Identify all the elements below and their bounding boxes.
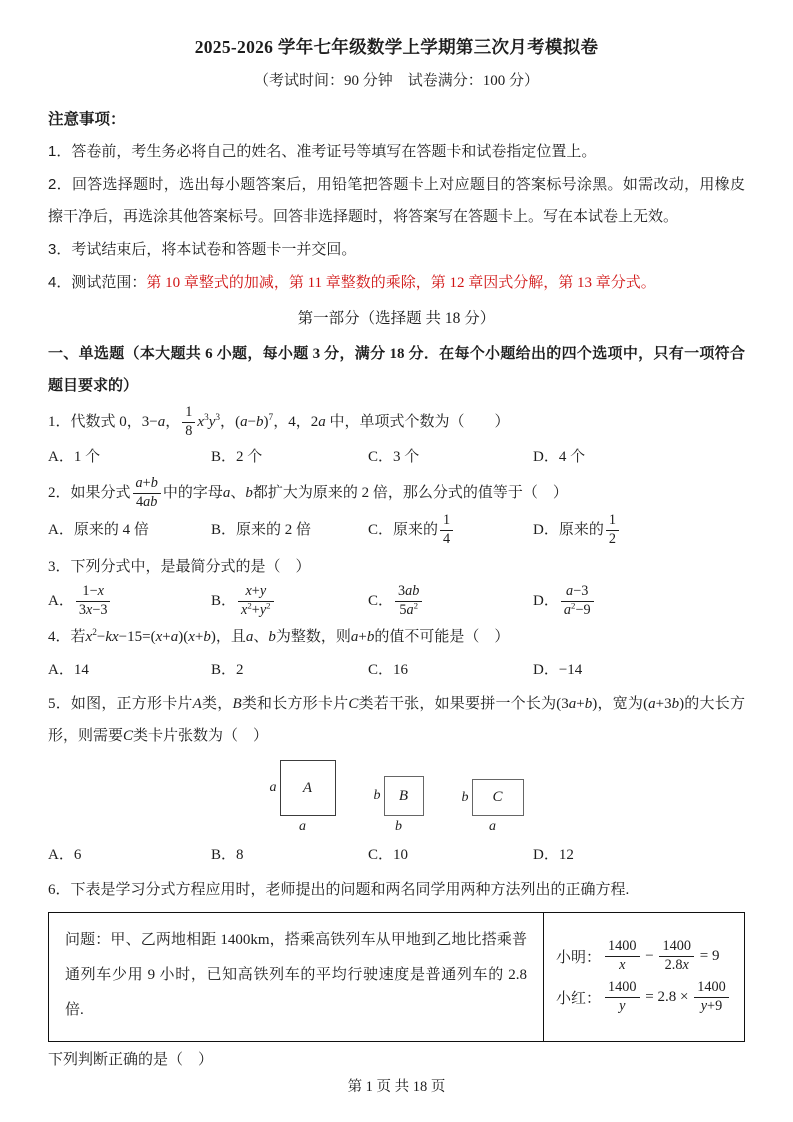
question-3-option-a: A．1−x3x−3 [48,583,211,620]
question-1-option-a: A．1 个 [48,441,211,473]
question-6-table: 问题：甲、乙两地相距 1400km，搭乘高铁列车从甲地到乙地比搭乘普通列车少用 … [48,912,745,1042]
card-a-box: A [280,760,336,816]
question-5: 5．如图，正方形卡片A类，B类和长方形卡片C类若干张，如果要拼一个长为(3a+b… [48,688,745,872]
question-3-options: A．1−x3x−3 B．x+yx2+y2 C．3ab5a2 D．a−3a2−9 [48,583,745,620]
method-name-xiaohong: 小红： [556,987,601,1008]
question-4-stem: 4．若x2−kx−15=(x+a)(x+b)，且a、b为整数，则a+b的值不可能… [48,621,745,653]
question-6: 6．下表是学习分式方程应用时，老师提出的问题和两名同学用两种方法列出的正确方程.… [48,874,745,1076]
notice-item-4-prefix: 4．测试范围： [48,274,146,291]
question-6-after-table: 下列判断正确的是（ ） [48,1044,745,1076]
question-1-option-d: D．4 个 [533,441,745,473]
card-b: b B b [374,776,424,837]
exam-page: 2025-2026 学年七年级数学上学期第三次月考模拟卷 （考试时间：90 分钟… [0,0,793,1122]
question-2-option-a: A．原来的 4 倍 [48,514,211,546]
notice-item-1: 1．答卷前，考生务必将自己的姓名、准考证号等填写在答题卡和试卷指定位置上。 [48,136,745,169]
question-3-option-d: D．a−3a2−9 [533,583,745,620]
question-2-option-d: D．原来的12 [533,512,745,549]
question-5-stem: 5．如图，正方形卡片A类，B类和长方形卡片C类若干张，如果要拼一个长为(3a+b… [48,688,745,753]
card-c: b C a [462,779,524,837]
question-4-options: A．14 B．2 C．16 D．−14 [48,654,745,686]
exam-subtitle: （考试时间：90 分钟 试卷满分：100 分） [48,69,745,90]
question-3-option-b: B．x+yx2+y2 [211,583,368,620]
card-c-box: C [472,779,524,816]
card-a-side-label: a [270,780,277,796]
question-4-option-a: A．14 [48,654,211,686]
card-a: a A a [270,760,336,837]
card-c-top: b C [462,779,524,816]
question-6-problem-cell: 问题：甲、乙两地相距 1400km，搭乘高铁列车从甲地到乙地比搭乘普通列车少用 … [49,913,544,1041]
question-3-stem: 3．下列分式中，是最简分式的是（ ） [48,551,745,583]
question-6-stem: 6．下表是学习分式方程应用时，老师提出的问题和两名同学用两种方法列出的正确方程. [48,874,745,906]
method-equation-xiaohong: 1400y = 2.8 × 1400y+9 [603,979,731,1016]
question-3: 3．下列分式中，是最简分式的是（ ） A．1−x3x−3 B．x+yx2+y2 … [48,551,745,620]
notice-item-4: 4．测试范围：第 10 章整式的加减，第 11 章整数的乘除，第 12 章因式分… [48,267,745,300]
question-2: 2．如果分式a+b4ab中的字母a、b都扩大为原来的 2 倍，那么分式的值等于（… [48,475,745,548]
card-b-bottom-label: b [395,816,402,837]
method-row-xiaohong: 小红： 1400y = 2.8 × 1400y+9 [556,979,736,1016]
question-4-option-b: B．2 [211,654,368,686]
card-c-side-label: b [462,790,469,806]
card-a-bottom-label: a [299,816,306,837]
notice-section: 注意事项： 1．答卷前，考生务必将自己的姓名、准考证号等填写在答题卡和试卷指定位… [48,106,745,299]
notice-item-4-scope: 第 10 章整式的加减，第 11 章整数的乘除，第 12 章因式分解，第 13 … [146,275,655,291]
question-2-stem: 2．如果分式a+b4ab中的字母a、b都扩大为原来的 2 倍，那么分式的值等于（… [48,475,745,512]
notice-item-2: 2．回答选择题时，选出每小题答案后，用铅笔把答题卡上对应题目的答案标号涂黑。如需… [48,169,745,234]
question-5-option-c: C．10 [368,839,533,871]
question-1-option-b: B．2 个 [211,441,368,473]
notice-heading: 注意事项： [48,106,745,134]
method-name-xiaoming: 小明： [556,946,601,967]
question-4-option-c: C．16 [368,654,533,686]
question-1-stem: 1．代数式 0，3−a，18x3y3，(a−b)7，4，2a 中，单项式个数为（… [48,404,745,441]
notice-item-3: 3．考试结束后，将本试卷和答题卡一并交回。 [48,234,745,267]
question-3-option-c: C．3ab5a2 [368,583,533,620]
part-one-title: 第一部分（选择题 共 18 分） [48,303,745,336]
question-2-option-b: B．原来的 2 倍 [211,514,368,546]
question-1-options: A．1 个 B．2 个 C．3 个 D．4 个 [48,441,745,473]
page-footer: 第 1 页 共 18 页 [0,1075,793,1096]
question-1: 1．代数式 0，3−a，18x3y3，(a−b)7，4，2a 中，单项式个数为（… [48,404,745,473]
question-5-option-b: B．8 [211,839,368,871]
question-1-option-c: C．3 个 [368,441,533,473]
question-5-option-d: D．12 [533,839,745,871]
question-2-option-c: C．原来的14 [368,512,533,549]
card-b-box: B [384,776,424,816]
question-5-options: A．6 B．8 C．10 D．12 [48,839,745,871]
question-4-option-d: D．−14 [533,654,745,686]
method-equation-xiaoming: 1400x − 14002.8x = 9 [603,938,719,975]
card-b-side-label: b [374,788,381,804]
question-5-option-a: A．6 [48,839,211,871]
card-diagram: a A a b B b b C a [48,752,745,839]
card-c-bottom-label: a [489,816,496,837]
section-instruction: 一、单选题（本大题共 6 小题，每小题 3 分，满分 18 分．在每个小题给出的… [48,338,745,403]
question-6-methods-cell: 小明： 1400x − 14002.8x = 9 小红： 1400y = 2.8… [544,913,744,1041]
exam-title: 2025-2026 学年七年级数学上学期第三次月考模拟卷 [48,34,745,59]
question-2-options: A．原来的 4 倍 B．原来的 2 倍 C．原来的14 D．原来的12 [48,512,745,549]
method-row-xiaoming: 小明： 1400x − 14002.8x = 9 [556,938,736,975]
card-a-top: a A [270,760,336,816]
question-4: 4．若x2−kx−15=(x+a)(x+b)，且a、b为整数，则a+b的值不可能… [48,621,745,686]
card-b-top: b B [374,776,424,816]
